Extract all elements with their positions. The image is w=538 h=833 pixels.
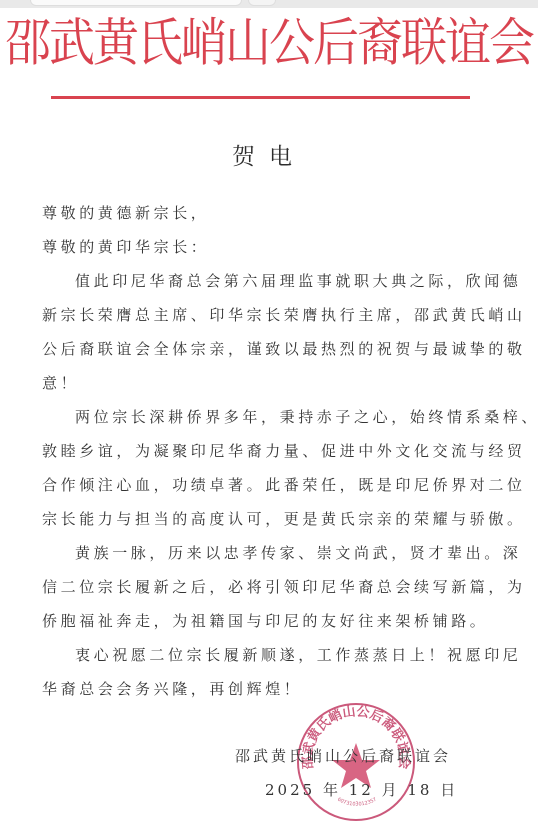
document-title: 贺电 (0, 138, 538, 171)
paragraph-line: 合作倾注心血，功绩卓著。此番荣任，既是印尼侨界对二位 (42, 474, 526, 495)
letterhead-org-name: 邵武黄氏峭山公后裔联谊会 (0, 10, 538, 77)
address-bar[interactable] (30, 0, 242, 6)
letterhead-divider (51, 96, 470, 99)
paragraph-line: 新宗长荣膺总主席、印华宗长荣膺执行主席，邵武黄氏峭山 (42, 304, 526, 325)
paragraph-line: 公后裔联谊会全体宗亲，谨致以最热烈的祝贺与最诚挚的敬 (42, 338, 526, 359)
paragraph-line: 衷心祝愿二位宗长履新顺遂，工作蒸蒸日上！祝愿印尼 (75, 644, 521, 665)
paragraph-line: 华裔总会会务兴隆，再创辉煌！ (42, 678, 302, 699)
paragraph-line: 值此印尼华裔总会第六届理监事就职大典之际，欣闻德 (75, 270, 521, 291)
paragraph-line: 侨胞福祉奔走，为祖籍国与印尼的友好往来架桥铺路。 (42, 610, 488, 631)
paragraph-line: 黄族一脉，历来以忠孝传家、崇文尚武，贤才辈出。深 (75, 542, 521, 563)
signature-date: 2025 年 12 月 18 日 (265, 779, 458, 800)
toolbar-button[interactable] (248, 0, 276, 6)
salutation-line: 尊敬的黄印华宗长： (42, 236, 209, 257)
paragraph-line: 两位宗长深耕侨界多年，秉持赤子之心，始终情系桑梓、 (75, 406, 538, 427)
salutation-line: 尊敬的黄德新宗长， (42, 202, 209, 223)
signature-org: 邵武黄氏峭山公后裔联谊会 (235, 745, 451, 766)
paragraph-line: 敦睦乡谊，为凝聚印尼华裔力量、促进中外文化交流与经贸 (42, 440, 526, 461)
paragraph-line: 宗长能力与担当的高度认可，更是黄氏宗亲的荣耀与骄傲。 (42, 508, 526, 529)
paragraph-line: 信二位宗长履新之后，必将引领印尼华裔总会续写新篇，为 (42, 576, 526, 597)
top-browser-bar (0, 0, 538, 8)
paragraph-line: 意！ (42, 372, 79, 393)
